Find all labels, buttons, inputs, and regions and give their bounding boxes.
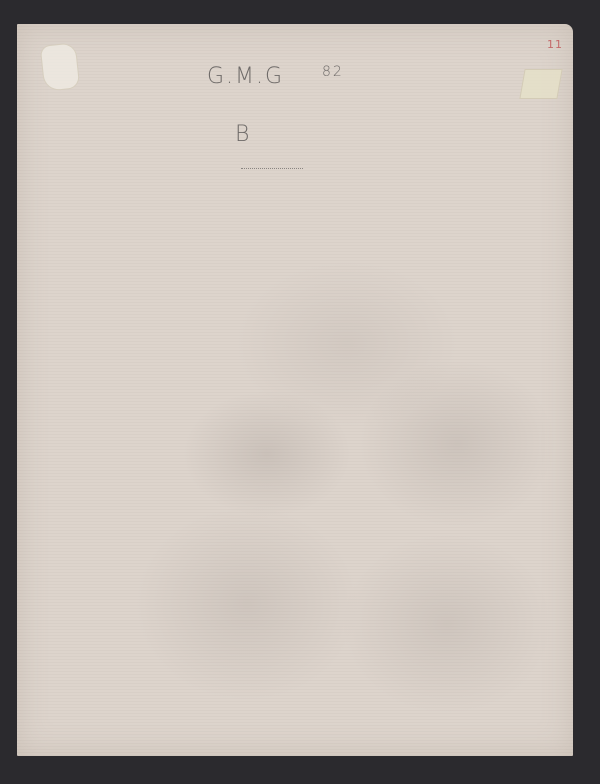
mounting-hinge-top-right bbox=[519, 69, 562, 99]
pencil-inscription-initials: G.M.G bbox=[207, 64, 284, 89]
pencil-inscription-number: 82 bbox=[322, 64, 344, 80]
pencil-underline bbox=[241, 168, 303, 169]
pencil-inscription-letter: B bbox=[235, 122, 251, 147]
red-pencil-corner-mark: 11 bbox=[547, 38, 563, 51]
paper-sheet: G.M.G 82 B 11 bbox=[17, 24, 573, 756]
mounting-hinge-top-left bbox=[40, 42, 81, 92]
